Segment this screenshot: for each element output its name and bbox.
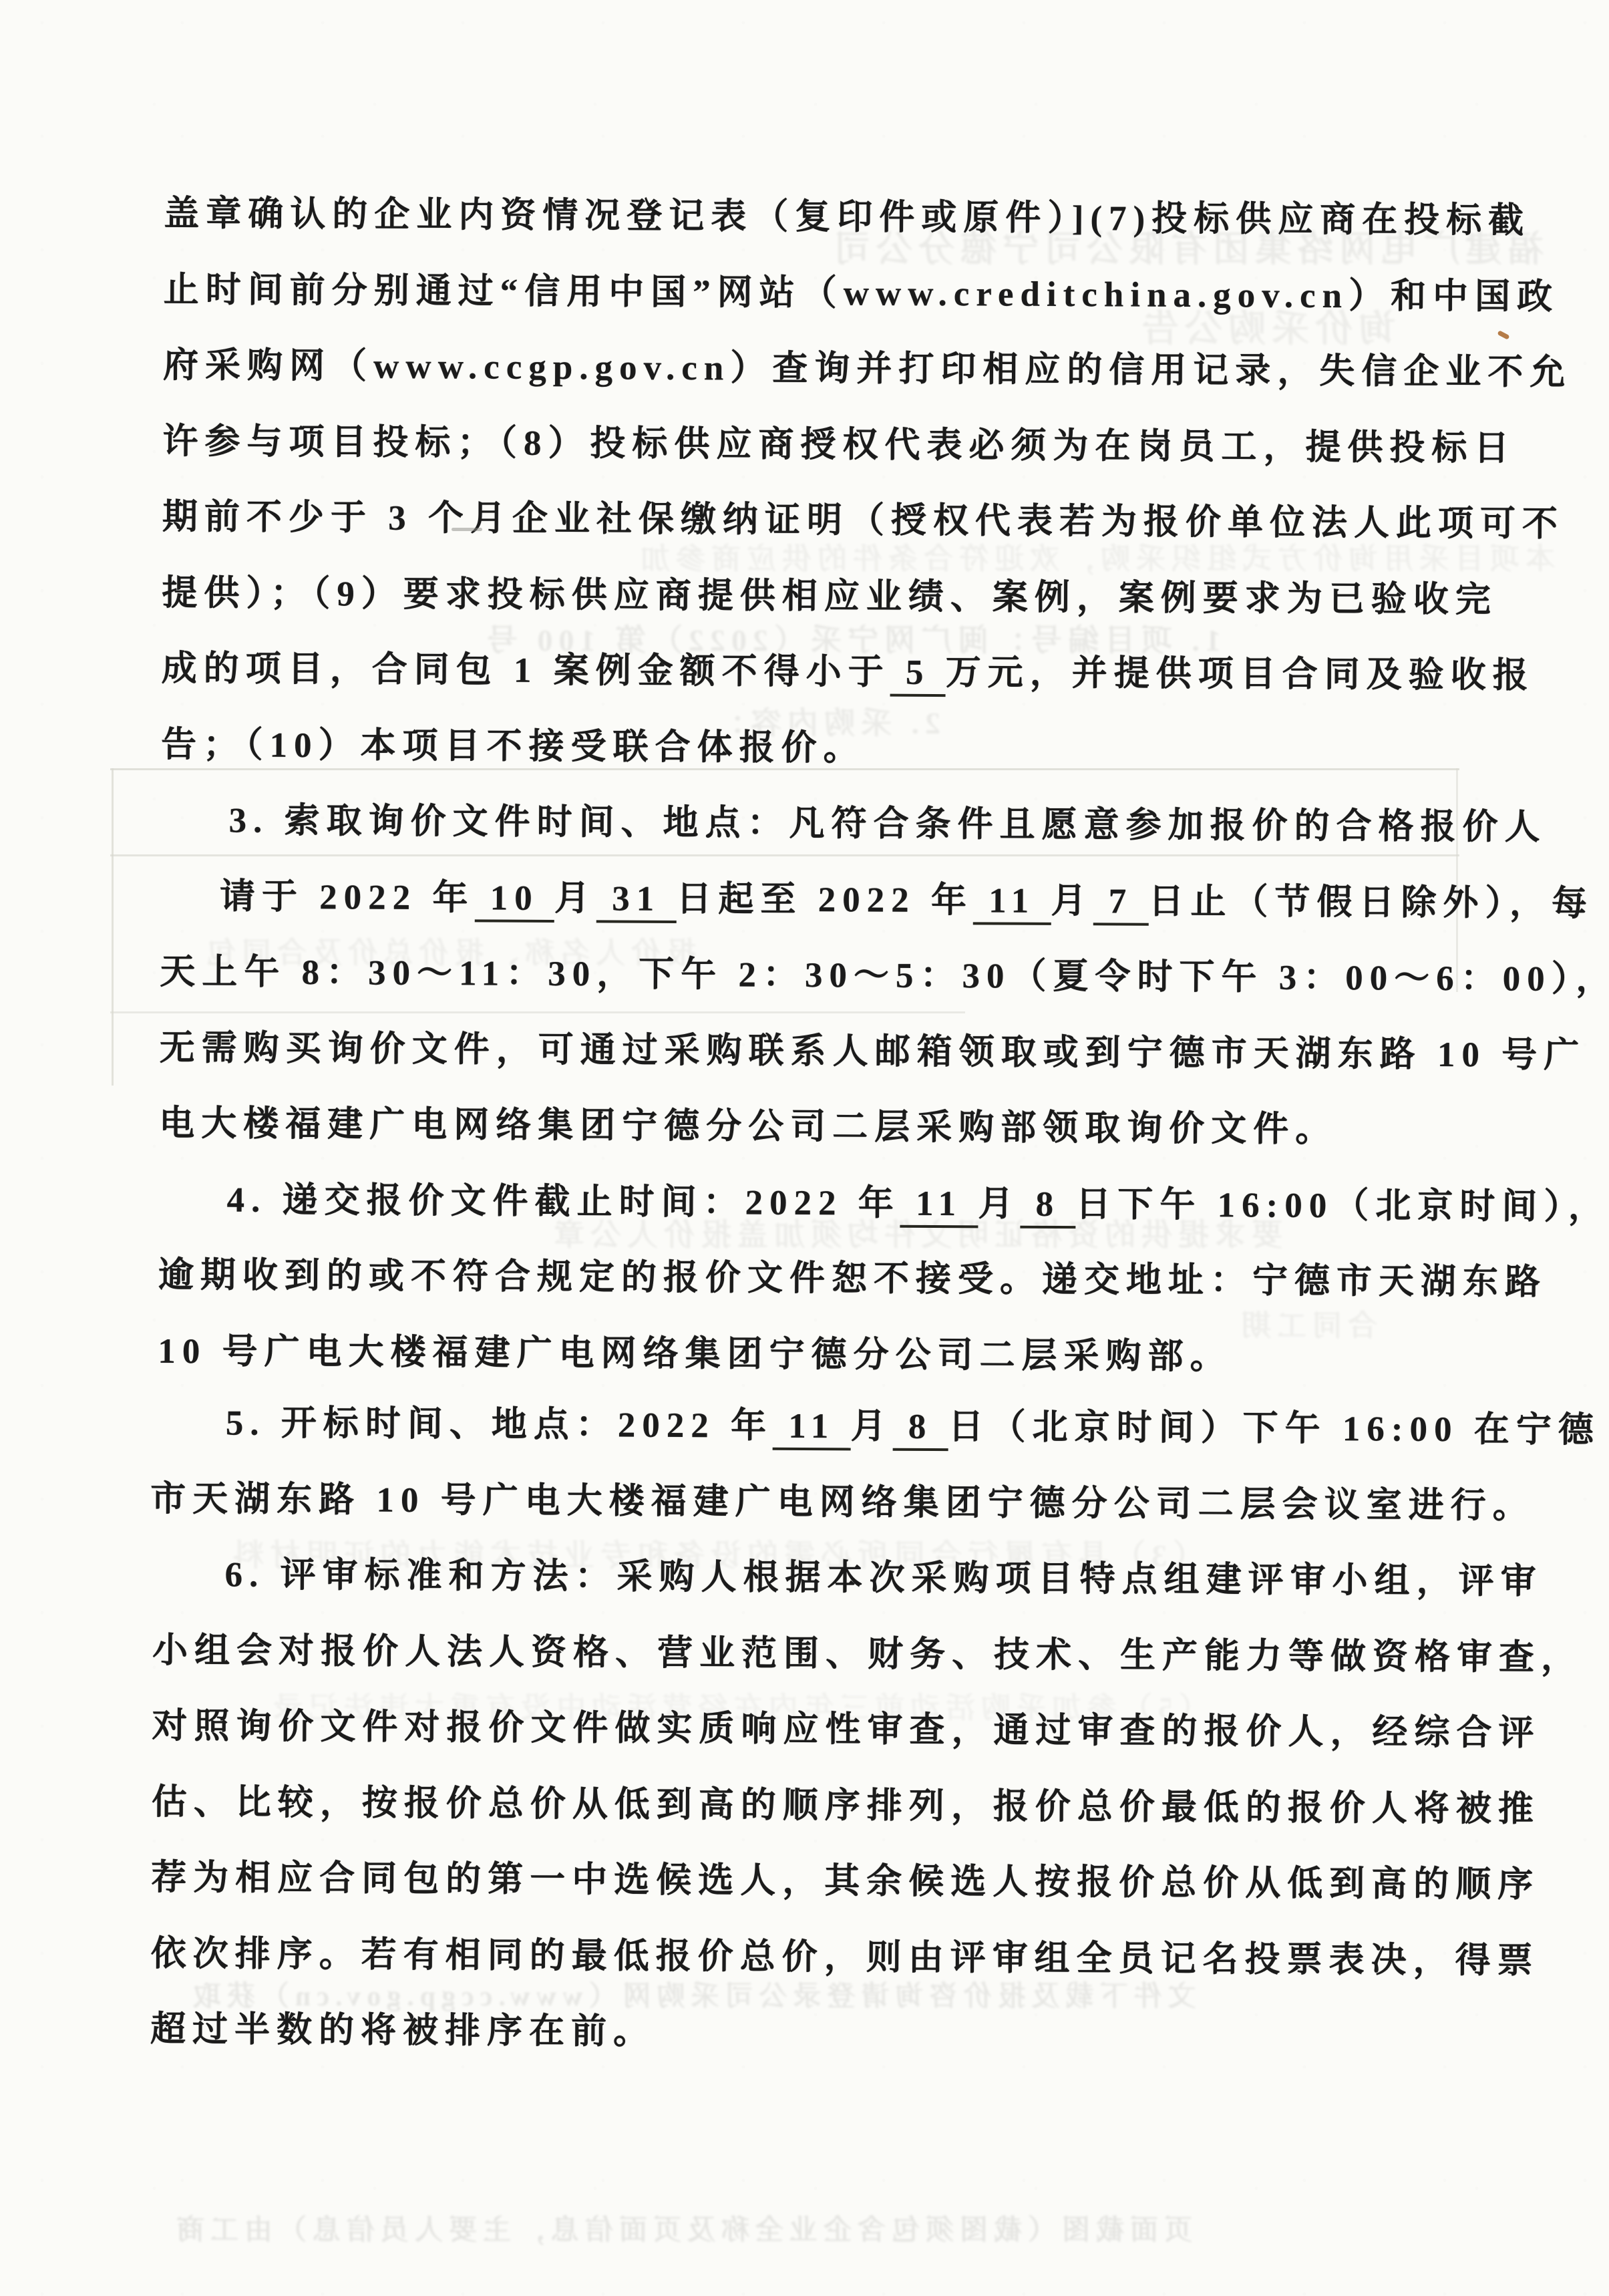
doc-line-text: 市天湖东路 10 号广电大楼福建广电网络集团宁德分公司二层会议室进行。 — [150, 1480, 1535, 1526]
doc-line-text: 月 — [850, 1407, 892, 1446]
doc-line-text: 荐为相应合同包的第一中选候选人，其余候选人按报价总价从低到高的顺序 — [151, 1858, 1540, 1905]
doc-line-text: 对照询价文件对报价文件做实质响应性审查，通过审查的报价人，经综合评 — [152, 1707, 1540, 1753]
doc-line: 6. 评审标准和方法：采购人根据本次采购项目特点组建评审小组，评审 — [224, 1554, 1542, 1602]
doc-line: 小组会对报价人法人资格、营业范围、财务、技术、生产能力等做资格审查， — [152, 1631, 1583, 1679]
doc-line-text: 许参与项目投标；（8）投标供应商授权代表必须为在岗员工，提供投标日 — [162, 422, 1515, 468]
underlined-value: 11 — [900, 1184, 978, 1228]
doc-line-text: 依次排序。若有相同的最低报价总价，则由评审组全员记名投票表决，得票 — [151, 1935, 1540, 1981]
doc-line-text: 10 号广电大楼福建广电网络集团宁德分公司二层采购部。 — [158, 1332, 1232, 1376]
doc-line: 电大楼福建广电网络集团宁德分公司二层采购部领取询价文件。 — [159, 1104, 1337, 1150]
doc-line: 市天湖东路 10 号广电大楼福建广电网络集团宁德分公司二层会议室进行。 — [150, 1479, 1535, 1527]
doc-line: 盖章确认的企业内资情况登记表（复印件或原件）](7)投标供应商在投标截 — [164, 194, 1530, 242]
scan-smudge — [452, 528, 482, 531]
doc-line: 告；（10）本项目不接受联合体报价。 — [161, 725, 866, 769]
doc-line-text: 府采购网（www.ccgp.gov.cn）查询并打印相应的信用记录，失信企业不允 — [163, 346, 1572, 392]
doc-line-text: 电大楼福建广电网络集团宁德分公司二层采购部领取询价文件。 — [159, 1104, 1337, 1149]
underlined-value: 10 — [474, 878, 554, 923]
doc-line: 估、比较，按报价总价从低到高的顺序排列，报价总价最低的报价人将被推 — [152, 1782, 1540, 1830]
doc-line-text: 天上午 8：30～11：30，下午 2：30～5：30（夏令时下午 3：00～6… — [160, 953, 1609, 999]
doc-line-text: 估、比较，按报价总价从低到高的顺序排列，报价总价最低的报价人将被推 — [152, 1783, 1540, 1829]
scanned-page: 福建广电网络集团有限公司宁德分公司 询价采购公告 本项目采用询价方式组织采购，欢… — [0, 0, 1609, 2296]
doc-line-text: 告；（10）本项目不接受联合体报价。 — [161, 725, 866, 768]
doc-line-text: 小组会对报价人法人资格、营业范围、财务、技术、生产能力等做资格审查， — [152, 1631, 1583, 1677]
underlined-value: 31 — [596, 879, 677, 923]
underlined-value: 11 — [773, 1407, 851, 1451]
underlined-value: 8 — [1020, 1185, 1075, 1228]
doc-line-text: 4. 递交报价文件截止时间：2022 年 — [226, 1180, 900, 1222]
doc-line: 4. 递交报价文件截止时间：2022 年 11 月 8 日下午 16:00（北京… — [226, 1180, 1609, 1228]
doc-line-text: 请于 2022 年 — [220, 877, 475, 917]
underlined-value: 11 — [973, 881, 1051, 925]
doc-line: 对照询价文件对报价文件做实质响应性审查，通过审查的报价人，经综合评 — [152, 1706, 1540, 1754]
doc-line-text: 超过半数的将被排序在前。 — [150, 2010, 655, 2052]
doc-line: 10 号广电大楼福建广电网络集团宁德分公司二层采购部。 — [158, 1331, 1232, 1377]
doc-line-text: 万元，并提供项目合同及验收报 — [946, 653, 1535, 695]
doc-line: 天上午 8：30～11：30，下午 2：30～5：30（夏令时下午 3：00～6… — [160, 952, 1609, 1000]
underlined-value: 5 — [890, 653, 946, 697]
doc-line: 请于 2022 年 10 月 31 日起至 2022 年 11 月 7 日止（节… — [220, 876, 1594, 925]
doc-line-text: 3. 索取询价文件时间、地点：凡符合条件且愿意参加报价的合格报价人 — [228, 801, 1546, 846]
doc-line-text: 月 — [978, 1184, 1020, 1223]
doc-line-text: 日止（节假日除外），每 — [1148, 882, 1594, 923]
doc-line: 逾期收到的或不符合规定的报价文件恕不接受。递交地址：宁德市天湖东路 — [158, 1255, 1547, 1303]
doc-line: 荐为相应合同包的第一中选候选人，其余候选人按报价总价从低到高的顺序 — [151, 1858, 1540, 1906]
doc-line-text: 逾期收到的或不符合规定的报价文件恕不接受。递交地址：宁德市天湖东路 — [158, 1256, 1547, 1302]
doc-line: 3. 索取询价文件时间、地点：凡符合条件且愿意参加报价的合格报价人 — [228, 800, 1546, 848]
doc-line: 许参与项目投标；（8）投标供应商授权代表必须为在岗员工，提供投标日 — [162, 422, 1515, 470]
doc-line: 无需购买询价文件，可通过采购联系人邮箱领取或到宁德市天湖东路 10 号广 — [160, 1028, 1586, 1076]
doc-line-text: 期前不少于 3 个月企业社保缴纳证明（授权代表若为报价单位法人此项可不 — [162, 498, 1564, 544]
doc-line-text: 无需购买询价文件，可通过采购联系人邮箱领取或到宁德市天湖东路 10 号广 — [160, 1029, 1586, 1075]
doc-line-text: 日起至 2022 年 — [676, 880, 973, 920]
doc-line: 期前不少于 3 个月企业社保缴纳证明（授权代表若为报价单位法人此项可不 — [162, 497, 1564, 545]
doc-line: 府采购网（www.ccgp.gov.cn）查询并打印相应的信用记录，失信企业不允 — [163, 345, 1572, 393]
doc-line-text: 月 — [554, 879, 596, 918]
doc-line-text: 成的项目，合同包 1 案例金额不得小于 — [162, 649, 890, 692]
underlined-value: 8 — [892, 1408, 948, 1451]
doc-line-text: 6. 评审标准和方法：采购人根据本次采购项目特点组建评审小组，评审 — [224, 1555, 1542, 1601]
doc-line-text: 提供）；（9）要求投标供应商提供相应业绩、案例，案例要求为已验收完 — [162, 574, 1497, 619]
doc-line-text: 盖章确认的企业内资情况登记表（复印件或原件）](7)投标供应商在投标截 — [164, 194, 1530, 240]
doc-line-text: 日下午 16:00（北京时间）， — [1075, 1185, 1609, 1226]
doc-line-text: 日（北京时间）下午 16:00 在宁德 — [948, 1408, 1600, 1450]
underlined-value: 7 — [1093, 882, 1148, 925]
doc-line: 5. 开标时间、地点：2022 年 11 月 8 日（北京时间）下午 16:00… — [226, 1403, 1600, 1451]
doc-text-block: 盖章确认的企业内资情况登记表（复印件或原件）](7)投标供应商在投标截 止时间前… — [0, 0, 1609, 2296]
doc-line-text: 5. 开标时间、地点：2022 年 — [226, 1404, 773, 1445]
doc-line-text: 止时间前分别通过“信用中国”网站（www.creditchina.gov.cn）… — [164, 271, 1560, 317]
doc-line: 止时间前分别通过“信用中国”网站（www.creditchina.gov.cn）… — [164, 270, 1560, 318]
doc-line-text: 月 — [1051, 882, 1093, 921]
doc-line: 依次排序。若有相同的最低报价总价，则由评审组全员记名投票表决，得票 — [151, 1934, 1540, 1982]
doc-line: 提供）；（9）要求投标供应商提供相应业绩、案例，案例要求为已验收完 — [162, 573, 1497, 621]
doc-line: 成的项目，合同包 1 案例金额不得小于 5 万元，并提供项目合同及验收报 — [162, 649, 1535, 697]
doc-line: 超过半数的将被排序在前。 — [150, 2009, 655, 2053]
